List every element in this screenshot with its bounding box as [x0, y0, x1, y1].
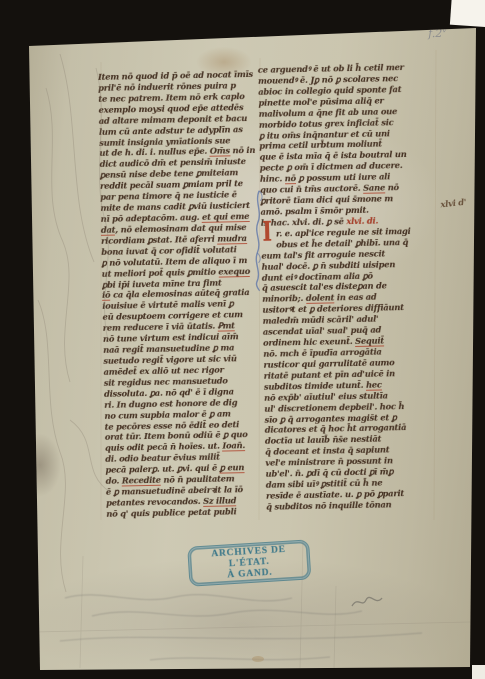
red-underlined-word: Sequit̄ [355, 335, 384, 347]
parchment-page: 30 f.2v xlvi d' Item nō quod id p̄ oē ad… [0, 0, 485, 679]
red-underlined-word: ꝑbi [102, 279, 116, 290]
red-underlined-word: exequo [218, 266, 250, 278]
red-underlined-word: eiꝰ [285, 272, 296, 283]
red-underlined-word: Sane [363, 183, 385, 194]
red-underlined-word: mudra [217, 233, 247, 245]
manuscript-photograph: { "photo": { "border_color": "#14110d", … [0, 0, 485, 679]
red-underlined-word: nō [285, 173, 296, 184]
red-folio-mark: 30 [84, 35, 102, 46]
red-underlined-word: Ꝑmt [218, 320, 235, 331]
foliation-label: f.2 [428, 27, 442, 40]
text-column-left: Item nō quod id p̄ oē ad nocat īmīspril'… [98, 69, 266, 520]
red-underlined-word: dat [101, 224, 116, 235]
archive-stamp: ARCHIVES DE L'ÉTAT. À GAND. [187, 539, 311, 586]
red-underlined-word: Recedite [122, 475, 161, 487]
red-underlined-word: Ioan̄. [222, 440, 245, 451]
red-rubric-text: xlvi. di. [346, 215, 378, 226]
red-underlined-word: tra fimt [187, 277, 221, 289]
adjacent-leaf-top-right [450, 0, 485, 27]
red-underlined-word: Om̄s [210, 146, 230, 157]
blue-pen-flourish-icon [251, 190, 267, 292]
manuscript-line: nō q' quis publice petat publi [106, 506, 265, 520]
text-column-right: ce arguendꝰ ē ut ob li h̄ cetil mermouen… [258, 61, 440, 512]
red-underlined-word: Sz illud [203, 495, 236, 507]
red-underlined-word: hec [366, 379, 382, 390]
manuscript-line: q̄ subditos nō inquille tōnan [266, 498, 439, 512]
foliation-superscript: v [442, 26, 446, 34]
pencil-foliation: f.2v [428, 26, 446, 40]
red-underlined-word: dolent [306, 293, 335, 305]
marginal-note: xlvi d' [440, 198, 467, 211]
red-underlined-word: ꝑ eun [220, 462, 245, 473]
red-underlined-word: iō [102, 290, 110, 301]
adjacent-leaf-bottom-right [472, 665, 485, 679]
